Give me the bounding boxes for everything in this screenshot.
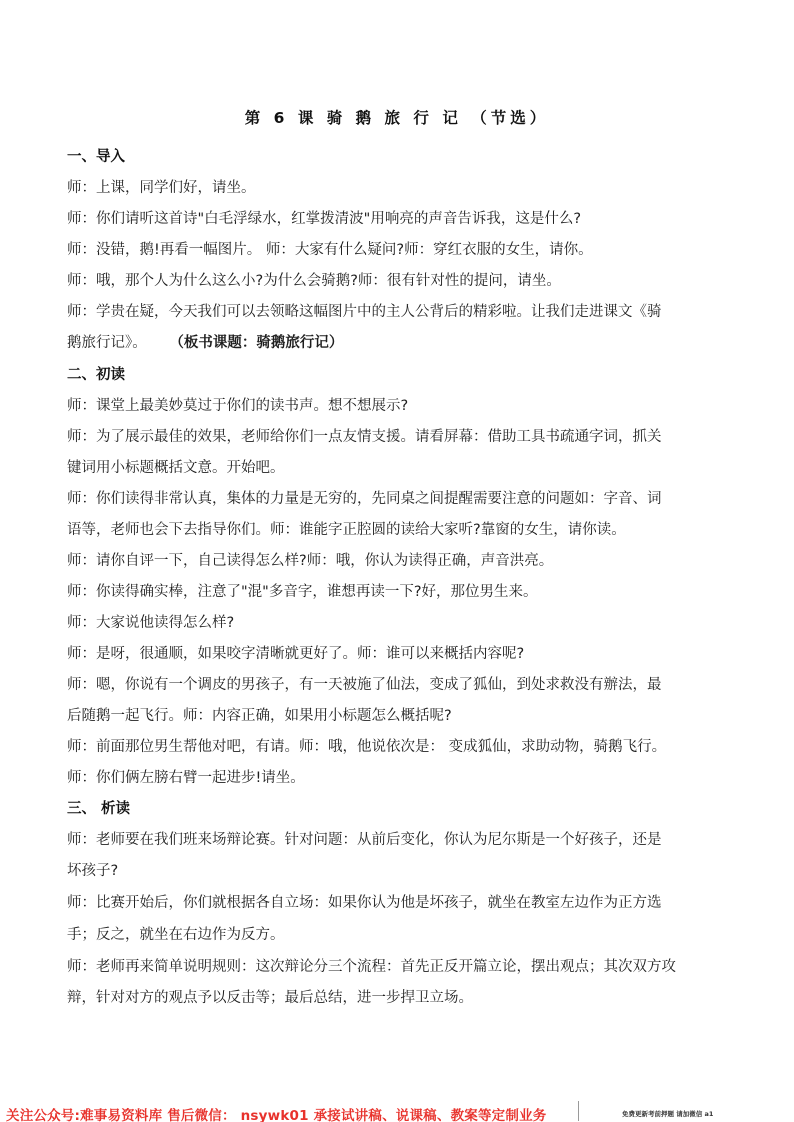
paragraph-line: 师：没错，鹅!再看一幅图片。 师：大家有什么疑问?师：穿红衣服的女生，请你。 [67, 241, 593, 259]
footer-divider [578, 1101, 579, 1121]
lesson-title: 第 6 课 骑 鹅 旅 行 记 （节选） [0, 106, 794, 128]
board-title-note: （板书课题：骑鹅旅行记） [169, 335, 343, 351]
paragraph-line: 语等，老师也会下去指导你们。师：谁能字正腔圆的读给大家听?靠窗的女生，请你读。 [67, 521, 626, 539]
paragraph-line: 师：你们读得非常认真，集体的力量是无穷的，先同桌之间提醒需要注意的问题如：字音、… [67, 490, 662, 508]
paragraph-line: 师：上课，同学们好，请坐。 [67, 179, 256, 197]
paragraph-line: 坏孩子? [67, 862, 118, 880]
paragraph-line: 后随鹅一起飞行。师：内容正确，如果用小标题怎么概括呢? [67, 707, 452, 725]
paragraph-line: 师：你读得确实棒，注意了"混"多音字，谁想再读一下?好，那位男生来。 [67, 583, 538, 601]
paragraph-line: 键词用小标题概括文意。开始吧。 [67, 459, 285, 477]
paragraph-line-with-note: 鹅旅行记》。 （板书课题：骑鹅旅行记） [67, 334, 343, 352]
paragraph-line: 师：老师要在我们班来场辩论赛。针对问题：从前后变化，你认为尼尔斯是一个好孩子，还… [67, 831, 662, 849]
paragraph-line: 师：学贵在疑，今天我们可以去领略这幅图片中的主人公背后的精彩啦。让我们走进课文《… [67, 303, 662, 321]
document-page: 第 6 课 骑 鹅 旅 行 记 （节选） 一、导入 师：上课，同学们好，请坐。 … [0, 0, 794, 1122]
paragraph-line: 师：大家说他读得怎么样? [67, 614, 234, 632]
paragraph-line: 师：哦，那个人为什么这么小?为什么会骑鹅?师：很有针对性的提问，请坐。 [67, 272, 561, 290]
section-heading-first-reading: 二、初读 [67, 366, 125, 384]
paragraph-line: 师：是呀，很通顺，如果咬字清晰就更好了。师：谁可以来概括内容呢? [67, 645, 524, 663]
paragraph-line: 师：你们俩左膀右臂一起进步!请坐。 [67, 769, 305, 787]
section-heading-intro: 一、导入 [67, 148, 125, 166]
paragraph-line: 师：老师再来简单说明规则：这次辩论分三个流程：首先正反开篇立论，摆出观点；其次双… [67, 958, 676, 976]
paragraph-line: 手；反之，就坐在右边作为反方。 [67, 926, 285, 944]
paragraph-line: 师：嗯，你说有一个调皮的男孩子，有一天被施了仙法，变成了狐仙，到处求救没有辦法，… [67, 676, 662, 694]
footer-note: 免费更新考前押题 请加微信 a1 [622, 1109, 713, 1118]
paragraph-line: 师：前面那位男生帮他对吧，有请。师：哦，他说依次是： 变成狐仙，求助动物，骑鹅飞… [67, 738, 666, 756]
paragraph-line: 师：你们请听这首诗"白毛浮绿水，红掌拨清波"用响亮的声音告诉我，这是什么? [67, 210, 581, 228]
footer-promo-text: 关注公众号:难事易资料库 售后微信： nsywk01 承接试讲稿、说课稿、教案等… [6, 1104, 546, 1122]
paragraph-text: 鹅旅行记》。 [67, 335, 147, 351]
section-heading-analysis: 三、 析读 [67, 800, 130, 818]
paragraph-line: 师：课堂上最美妙莫过于你们的读书声。想不想展示? [67, 397, 408, 415]
paragraph-line: 辩，针对对方的观点予以反击等；最后总结，进一步捍卫立场。 [67, 989, 473, 1007]
paragraph-line: 师：请你自评一下，自己读得怎么样?师：哦，你认为读得正确，声音洪亮。 [67, 552, 553, 570]
paragraph-line: 师：为了展示最佳的效果，老师给你们一点友情支援。请看屏幕：借助工具书疏通字词，抓… [67, 428, 662, 446]
paragraph-line: 师：比赛开始后，你们就根据各自立场：如果你认为他是坏孩子，就坐在教室左边作为正方… [67, 894, 662, 912]
